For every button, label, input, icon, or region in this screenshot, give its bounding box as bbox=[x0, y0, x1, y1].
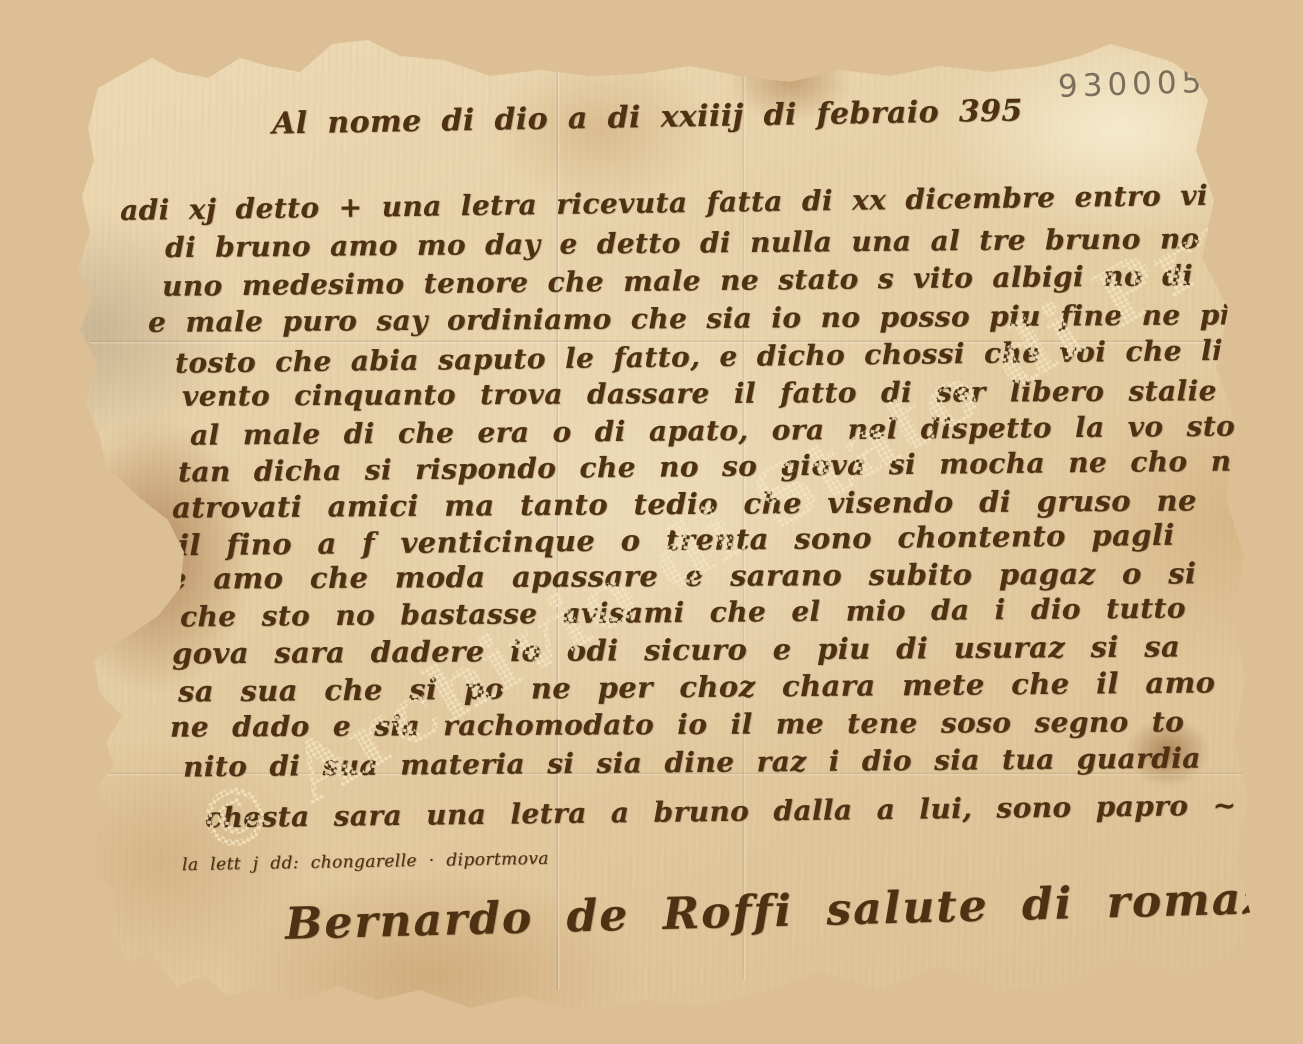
manuscript-line: adi xj detto + una letra ricevuta fatta … bbox=[120, 178, 1269, 227]
manuscript-line: gova sara dadere io odi sicuro e piu di … bbox=[172, 629, 1180, 670]
letter-paper: Al nome di dio a di xxiiij di febraio 39… bbox=[0, 0, 1303, 1044]
scanner-bed: Al nome di dio a di xxiiij di febraio 39… bbox=[0, 0, 1303, 1044]
manuscript-line: sa sua che si po ne per choz chara mete … bbox=[178, 665, 1216, 708]
manuscript-signature: Bernardo de Roffi salute di romaz bbox=[285, 873, 1270, 950]
manuscript-date-line: Al nome di dio a di xxiiij di febraio 39… bbox=[272, 93, 1023, 141]
catalog-number: 9300055 bbox=[1057, 63, 1231, 105]
